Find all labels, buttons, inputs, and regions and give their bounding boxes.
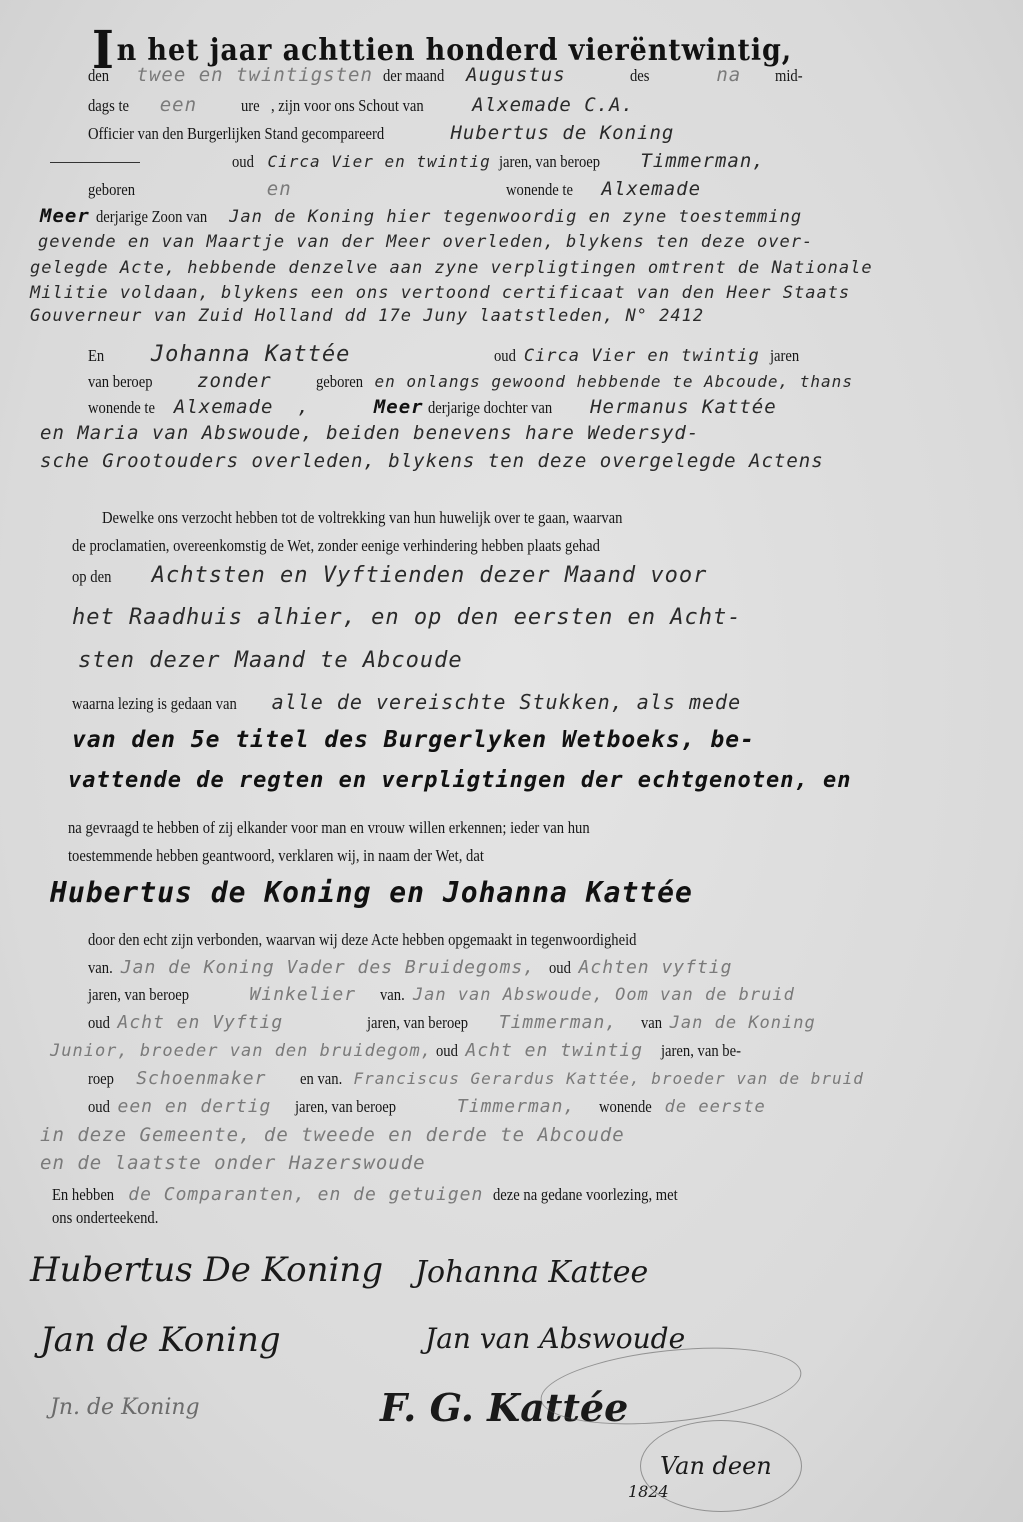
printed-text: de proclamatien, overeenkomstig de Wet, … — [72, 536, 600, 556]
line-p3-1: waarna lezing is gedaan van alle de vere… — [72, 690, 741, 714]
printed-text: Officier van den Burgerlijken Stand geco… — [88, 124, 384, 144]
line-p5-1: En hebben de Comparanten, en de getuigen… — [52, 1184, 708, 1205]
handwritten-text: Meer — [40, 205, 90, 227]
line-p3-5: toestemmende hebben geantwoord, verklare… — [68, 846, 552, 866]
blank-rule — [50, 162, 140, 163]
handwritten-text: alle de vereischte Stukken, als mede — [272, 690, 741, 714]
document-page: In het jaar achttien honderd vierëntwint… — [0, 0, 1023, 1522]
handwritten-text: Gouverneur van Zuid Holland dd 17e Juny … — [30, 306, 704, 326]
handwritten-text: de eerste — [665, 1097, 766, 1117]
line-hw-15: sche Grootouders overleden, blykens ten … — [40, 450, 824, 472]
line-p4-4: oud Acht en Vyftig jaren, van beroep Tim… — [88, 1012, 816, 1033]
handwritten-text: Meer — [374, 396, 424, 418]
line-time: dags te een ure , zijn voor ons Schout v… — [88, 94, 634, 116]
printed-text: oud — [88, 1097, 110, 1117]
handwritten-text: Junior, broeder van den bruidegom, — [50, 1041, 432, 1061]
handwritten-profession: Timmerman, — [457, 1096, 575, 1117]
printed-text: jaren — [770, 346, 799, 366]
printed-text: en van. — [300, 1069, 342, 1089]
printed-text: door den echt zijn verbonden, waarvan wi… — [88, 930, 636, 950]
printed-text: dags te — [88, 96, 129, 116]
handwritten-text: Militie voldaan, blykens een ons vertoon… — [30, 283, 850, 303]
line-p4-9: en de laatste onder Hazerswoude — [40, 1152, 426, 1174]
title-text: n het jaar achttien honderd vierëntwinti… — [117, 33, 792, 68]
line-son-of: Meer derjarige Zoon van Jan de Koning hi… — [40, 205, 802, 227]
line-hw-8: gelegde Acte, hebbende denzelve aan zyne… — [30, 258, 873, 278]
signature-witness-jn-de-koning: Jn. de Koning — [50, 1395, 200, 1420]
printed-text: wonende te — [88, 398, 155, 418]
handwritten-na: na — [716, 64, 741, 86]
line-groom-age: oud Circa Vier en twintig jaren, van ber… — [232, 150, 765, 172]
handwritten-text: en — [267, 178, 292, 200]
printed-text: op den — [72, 567, 111, 587]
line-p5-2: ons onderteekend. — [52, 1208, 176, 1228]
printed-text: jaren, van be- — [661, 1041, 741, 1061]
printed-text: oud — [549, 958, 571, 978]
printed-text: derjarige Zoon van — [96, 207, 207, 227]
handwritten-text: de Comparanten, en de getuigen — [128, 1184, 483, 1205]
printed-text: den — [88, 66, 109, 86]
printed-text: roep — [88, 1069, 114, 1089]
handwritten-profession: Winkelier — [250, 984, 357, 1005]
printed-text: geboren — [88, 180, 135, 200]
handwritten-birthplace: en onlangs gewoond hebbende te Abcoude, … — [374, 372, 852, 391]
line-hw-14: en Maria van Abswoude, beiden benevens h… — [40, 422, 699, 444]
printed-text: deze na gedane voorlezing, met — [493, 1185, 678, 1205]
printed-text: derjarige dochter van — [428, 398, 552, 418]
handwritten-month: Augustus — [466, 64, 566, 86]
line-p4-1: door den echt zijn verbonden, waarvan wi… — [88, 930, 726, 950]
handwritten-day: twee en twintigsten — [137, 64, 373, 86]
handwritten-place: Alxemade C.A. — [472, 94, 634, 116]
printed-text: ons onderteekend. — [52, 1208, 158, 1228]
handwritten-text: gelegde Acte, hebbende denzelve aan zyne… — [30, 258, 873, 278]
flourish-loop — [640, 1420, 802, 1512]
line-p4-8: in deze Gemeente, de tweede en derde te … — [40, 1124, 625, 1146]
printed-text: geboren — [316, 372, 363, 392]
line-p2-5: sten dezer Maand te Abcoude — [78, 648, 463, 673]
line-officer: Officier van den Burgerlijken Stand geco… — [88, 122, 674, 144]
handwritten-age: Acht en twintig — [466, 1040, 644, 1061]
handwritten-age: Acht en Vyftig — [118, 1012, 284, 1033]
line-p4-3: jaren, van beroep Winkelier van. Jan van… — [88, 984, 795, 1005]
printed-text: van beroep — [88, 372, 153, 392]
handwritten-residence: Alxemade — [174, 396, 274, 418]
handwritten-witness-2: Jan van Abswoude, Oom van de bruid — [413, 985, 795, 1005]
printed-text: waarna lezing is gedaan van — [72, 694, 237, 714]
handwritten-profession: Timmerman, — [640, 150, 764, 172]
line-p3-2: van den 5e titel des Burgerlyken Wetboek… — [72, 727, 755, 753]
line-p3-4: na gevraagd te hebben of zij elkander vo… — [68, 818, 675, 838]
printed-text: oud — [232, 152, 254, 172]
printed-text: wonende — [599, 1097, 652, 1117]
handwritten-witness-3: Jan de Koning — [670, 1013, 816, 1033]
handwritten-text: gevende en van Maartje van der Meer over… — [38, 232, 813, 252]
signature-witness-jan-van-abswoude: Jan van Abswoude — [425, 1322, 685, 1355]
line-birthplace: geboren en wonende te Alxemade — [88, 178, 701, 200]
line-p2-3: op den Achtsten en Vyftienden dezer Maan… — [72, 563, 707, 588]
handwritten-text: , — [297, 396, 309, 418]
printed-text: mid- — [775, 66, 803, 86]
handwritten-couple-names: Hubertus de Koning en Johanna Kattée — [50, 876, 693, 909]
line-p2-1: Dewelke ons verzocht hebben tot de voltr… — [102, 508, 707, 528]
handwritten-text: en de laatste onder Hazerswoude — [40, 1152, 426, 1174]
line-p4-5: Junior, broeder van den bruidegom, oud A… — [50, 1040, 754, 1061]
handwritten-text: van den 5e titel des Burgerlyken Wetboek… — [72, 727, 755, 753]
printed-text: van. — [88, 958, 113, 978]
handwritten-father: Jan de Koning hier tegenwoordig en zyne … — [229, 207, 802, 227]
line-bride: En Johanna Kattée oud Circa Vier en twin… — [88, 342, 804, 367]
handwritten-age: een en dertig — [118, 1096, 272, 1117]
printed-text: van — [641, 1013, 662, 1033]
printed-text: wonende te — [506, 180, 573, 200]
line-p2-2: de proclamatien, overeenkomstig de Wet, … — [72, 536, 686, 556]
handwritten-text: in deze Gemeente, de tweede en derde te … — [40, 1124, 625, 1146]
printed-text: Dewelke ons verzocht hebben tot de voltr… — [102, 508, 622, 528]
handwritten-bride-name: Johanna Kattée — [151, 342, 350, 367]
handwritten-age: Circa Vier en twintig — [268, 152, 491, 171]
handwritten-age: Achten vyftig — [579, 957, 733, 978]
handwritten-witness-4: Franciscus Gerardus Kattée, broeder van … — [354, 1069, 864, 1088]
line-p4-7: oud een en dertig jaren, van beroep Timm… — [88, 1096, 766, 1117]
line-hw-10: Gouverneur van Zuid Holland dd 17e Juny … — [30, 306, 704, 326]
printed-text: oud — [494, 346, 516, 366]
handwritten-father: Hermanus Kattée — [590, 396, 777, 418]
line-date: den twee en twintigsten der maand August… — [88, 64, 807, 86]
handwritten-groom-name: Hubertus de Koning — [450, 122, 674, 144]
printed-text: der maand — [383, 66, 444, 86]
printed-text: En — [88, 346, 104, 366]
handwritten-text: sche Grootouders overleden, blykens ten … — [40, 450, 824, 472]
printed-text: van. — [380, 985, 405, 1005]
printed-text: jaren, van beroep — [367, 1013, 468, 1033]
line-p3-3: vattende de regten en verpligtingen der … — [68, 768, 851, 793]
line-bride-profession: van beroep zonder geboren en onlangs gew… — [88, 370, 853, 392]
printed-text: jaren, van beroep — [295, 1097, 396, 1117]
printed-text: oud — [436, 1041, 458, 1061]
line-hw-9: Militie voldaan, blykens een ons vertoon… — [30, 283, 850, 303]
printed-text: jaren, van beroep — [499, 152, 600, 172]
signature-witness-jan-de-koning: Jan de Koning — [40, 1320, 281, 1360]
signature-groom: Hubertus De Koning — [30, 1250, 383, 1290]
handwritten-residence: Alxemade — [602, 178, 702, 200]
handwritten-age: Circa Vier en twintig — [524, 346, 760, 366]
handwritten-profession: Timmerman, — [499, 1012, 617, 1033]
handwritten-witness-1: Jan de Koning Vader des Bruidegoms, — [121, 957, 535, 978]
line-hw-7: gevende en van Maartje van der Meer over… — [38, 232, 813, 252]
printed-text: ure — [241, 96, 260, 116]
printed-text: des — [630, 66, 649, 86]
line-p4-2: van. Jan de Koning Vader des Bruidegoms,… — [88, 957, 732, 978]
line-p4-6: roep Schoenmaker en van. Franciscus Gera… — [88, 1068, 864, 1089]
handwritten-profession: Schoenmaker — [136, 1068, 266, 1089]
handwritten-proclamation-dates: Achtsten en Vyftienden dezer Maand voor — [152, 563, 708, 588]
line-p3-names: Hubertus de Koning en Johanna Kattée — [50, 876, 693, 909]
handwritten-text: en Maria van Abswoude, beiden benevens h… — [40, 422, 699, 444]
handwritten-hour: een — [160, 94, 197, 116]
printed-text: En hebben — [52, 1185, 114, 1205]
printed-text: oud — [88, 1013, 110, 1033]
handwritten-text: het Raadhuis alhier, en op den eersten e… — [72, 605, 742, 630]
signature-bride: Johanna Kattee — [415, 1255, 648, 1290]
line-bride-residence: wonende te Alxemade , Meer derjarige doc… — [88, 396, 777, 418]
printed-text: na gevraagd te hebben of zij elkander vo… — [68, 818, 590, 838]
line-p2-4: het Raadhuis alhier, en op den eersten e… — [72, 605, 742, 630]
handwritten-text: vattende de regten en verpligtingen der … — [68, 768, 851, 793]
printed-text: , zijn voor ons Schout van — [271, 96, 424, 116]
handwritten-profession: zonder — [197, 370, 272, 392]
handwritten-text: sten dezer Maand te Abcoude — [78, 648, 463, 673]
printed-text: toestemmende hebben geantwoord, verklare… — [68, 846, 484, 866]
printed-text: jaren, van beroep — [88, 985, 189, 1005]
